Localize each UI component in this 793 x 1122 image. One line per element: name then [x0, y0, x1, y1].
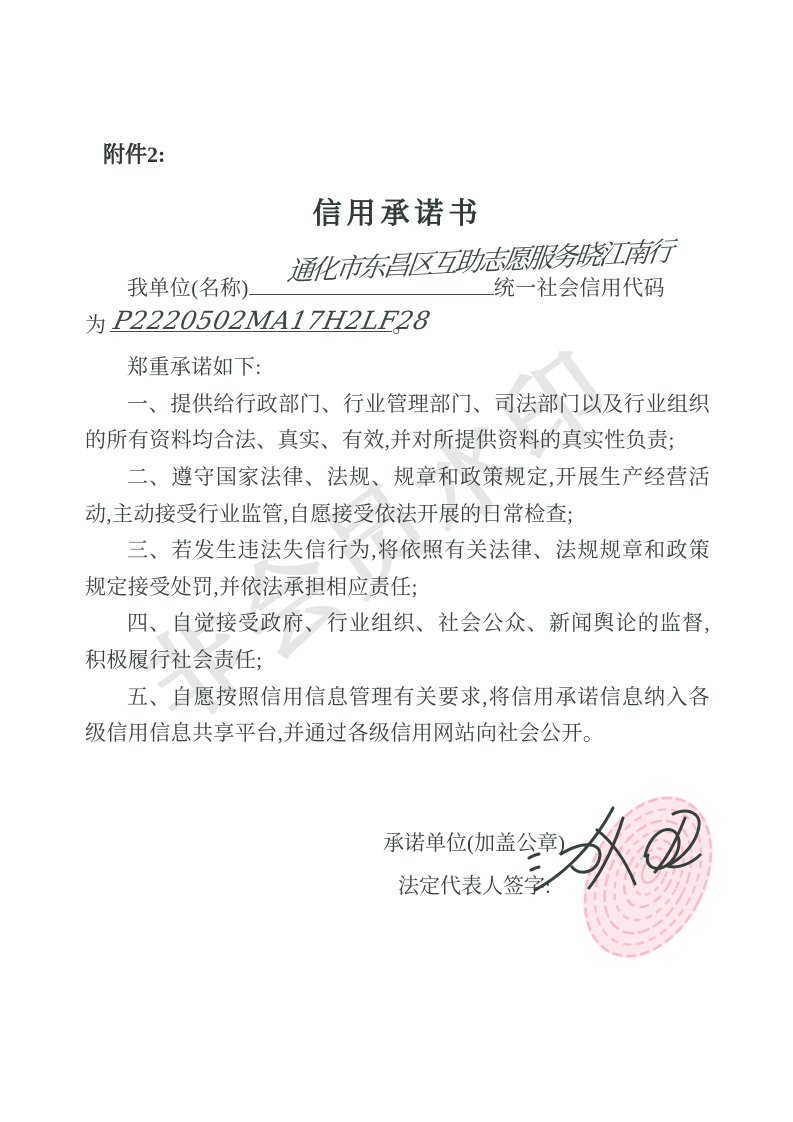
legal-representative-label: 法定代表人签字: — [398, 865, 710, 908]
clause: 一、提供给行政部门、行业管理部门、司法部门以及行业组织的所有资料均合法、真实、有… — [85, 386, 710, 459]
clause: 四、自觉接受政府、行业组织、社会公众、新闻舆论的监督,积极履行社会责任; — [85, 605, 710, 678]
attachment-label: 附件2: — [103, 138, 710, 169]
document-content: 附件2: 信用承诺书 我单位(名称)通化市东昌区互助志愿服务晓江南行统一社会信用… — [0, 138, 793, 908]
document-title: 信用承诺书 — [85, 191, 710, 232]
clause: 二、遵守国家法律、法规、规章和政策规定,开展生产经营活动,主动接受行业监管,自愿… — [85, 459, 710, 532]
credit-code-blank: P2220502MA17H2LF28 — [110, 311, 392, 332]
intro-line-1: 我单位(名称)通化市东昌区互助志愿服务晓江南行统一社会信用代码 — [85, 270, 710, 307]
document-page: 非会员水印 附件2: 信用承诺书 我单位(名称)通化市东昌区互助志愿服务晓江南行… — [0, 0, 793, 1122]
pledge-intro: 郑重承诺如下: — [85, 349, 710, 386]
promising-unit-label: 承诺单位(加盖公章) — [383, 822, 710, 865]
intro-line-2: 为P2220502MA17H2LF28。 — [85, 307, 710, 344]
handwritten-credit-code: P2220502MA17H2LF28 — [111, 303, 435, 340]
signature-block: 承诺单位(加盖公章) 法定代表人签字: — [383, 822, 710, 908]
intro-line1-suffix: 统一社会信用代码 — [494, 276, 665, 300]
clause: 五、自愿按照信用信息管理有关要求,将信用承诺信息纳入各级信用信息共享平台,并通过… — [85, 679, 710, 752]
intro-line1-prefix: 我单位(名称) — [127, 276, 249, 300]
intro-line2-prefix: 为 — [85, 313, 106, 337]
org-name-blank: 通化市东昌区互助志愿服务晓江南行 — [249, 274, 494, 295]
clause-list: 一、提供给行政部门、行业管理部门、司法部门以及行业组织的所有资料均合法、真实、有… — [85, 386, 710, 752]
document-body: 我单位(名称)通化市东昌区互助志愿服务晓江南行统一社会信用代码 为P222050… — [85, 270, 710, 752]
clause: 三、若发生违法失信行为,将依照有关法律、法规规章和政策规定接受处罚,并依法承担相… — [85, 532, 710, 605]
